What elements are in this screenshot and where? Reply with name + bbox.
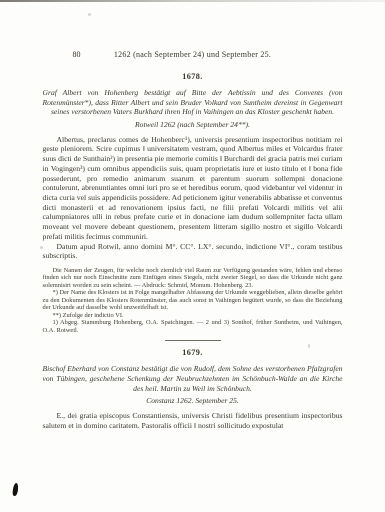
section-divider	[165, 340, 221, 341]
scan-edge-artifact	[0, 0, 385, 2]
entry-summary: Bischof Eberhard von Constanz bestätigt …	[43, 364, 343, 393]
footnote-star: *) Der Name des Klosters ist in Folge ma…	[43, 289, 343, 312]
book-page: 80 1262 (nach September 24) und Septembe…	[0, 0, 385, 512]
entry-summary: Graf Albert von Hohenberg bestätigt auf …	[43, 88, 343, 117]
scan-speck	[88, 13, 91, 16]
page-header: 80 1262 (nach September 24) und Septembe…	[43, 50, 343, 60]
entry-number: 1679.	[43, 348, 343, 358]
running-header: 1262 (nach September 24) und September 2…	[43, 50, 343, 60]
page-content: 80 1262 (nach September 24) und Septembe…	[43, 0, 343, 431]
footnote-double-star: **) Zufolge der indictio VI.	[43, 312, 343, 320]
entry-number: 1678.	[43, 72, 343, 82]
page-number: 80	[73, 50, 81, 60]
charter-datum-paragraph: Datum apud Rotwil, anno domini M°. CC°. …	[43, 242, 343, 261]
footnote-numeric: 1) Abgeg. Stammburg Hohenberg, O.A. Spai…	[43, 319, 343, 334]
charter-entry-1679: 1679. Bischof Eberhard von Constanz best…	[43, 348, 343, 430]
charter-text-paragraph: E., dei gratia episcopus Constantiensis,…	[43, 411, 343, 430]
editorial-note: Die Namen der Zeugen, für welche noch zi…	[43, 267, 343, 290]
footnote-block: Die Namen der Zeugen, für welche noch zi…	[43, 267, 343, 335]
scan-speck	[40, 246, 43, 249]
charter-text-paragraph: Albertus, preclarus comes de Hohenberc¹)…	[43, 135, 343, 242]
charter-entry-1678: 1678. Graf Albert von Hohenberg bestätig…	[43, 72, 343, 334]
entry-dateline: Rotweil 1262 (nach September 24**).	[43, 120, 343, 130]
scan-speck	[308, 344, 310, 348]
ink-smudge-artifact	[12, 483, 19, 497]
entry-dateline: Constanz 1262. September 25.	[43, 396, 343, 406]
